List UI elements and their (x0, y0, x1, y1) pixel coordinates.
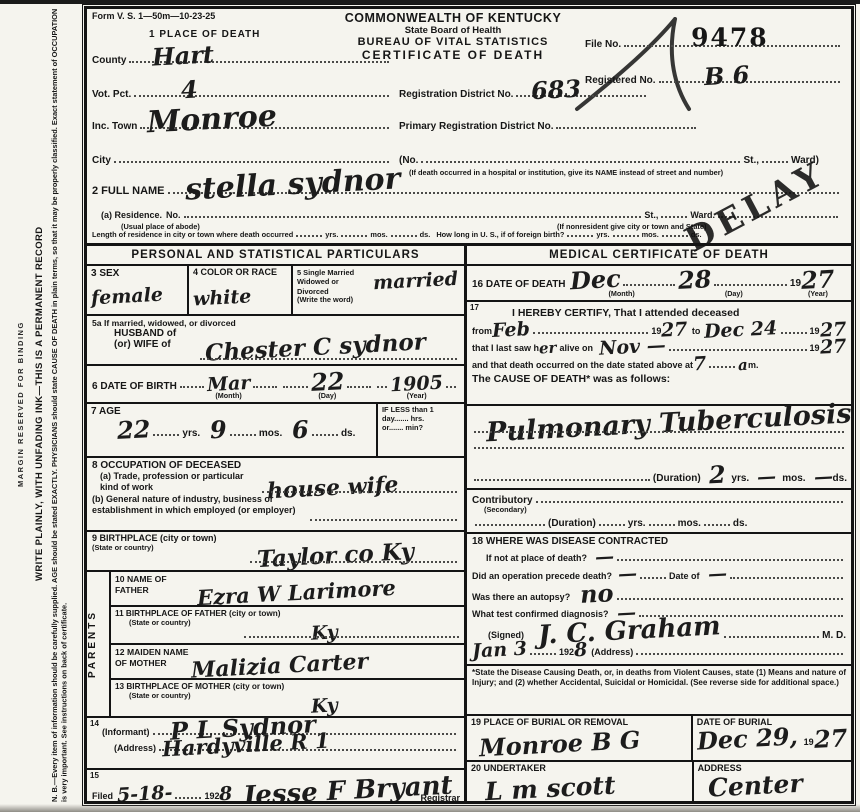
residence-label: (a) Residence. (101, 211, 162, 221)
dotted-leader (446, 386, 456, 388)
dotted-leader (175, 797, 201, 799)
last-saw-er: er (539, 342, 557, 354)
registered-no-value: B 6 (703, 66, 749, 86)
dotted-leader (134, 95, 389, 97)
dotted-leader (533, 332, 649, 334)
age-row: 7 AGE 22 yrs. 9 mos. 6 ds. (87, 404, 464, 458)
scan-edge-top (0, 0, 860, 4)
file-no-value: 9478 (691, 28, 769, 48)
occupation-title: 8 OCCUPATION OF DECEASED (92, 460, 459, 471)
registered-no-label: Registered No. (585, 75, 656, 86)
father-name-value: Ezra W Larimore (197, 580, 396, 606)
dotted-leader (556, 127, 696, 129)
dotted-leader (709, 366, 735, 368)
filed-date-value: 5-18- (117, 786, 173, 801)
sex-field: 3 SEX female (87, 266, 189, 314)
occupation-row: 8 OCCUPATION OF DECEASED (a) Trade, prof… (87, 458, 464, 532)
dotted-leader (341, 235, 367, 237)
dotted-leader (617, 559, 843, 561)
duration2-yrs-label: yrs. (628, 518, 646, 529)
date-of-death-field: 16 DATE OF DEATH Dec (Month) 28 (Day) 19 (467, 266, 851, 302)
yrs-label: yrs. (325, 231, 338, 240)
dob-year-value: 1905 (390, 375, 444, 392)
dotted-leader (623, 284, 674, 286)
secondary-label: (Secondary) (484, 506, 846, 515)
margin-write-plainly-text: WRITE PLAINLY, WITH UNFADING INK—THIS IS… (34, 6, 45, 802)
marital-hint: (Write the word) (297, 296, 460, 305)
marital-field: 5 Single Married Widowed or Divorced (Wr… (293, 266, 464, 314)
county-label: County (92, 55, 126, 66)
filed-year-value: 8 (219, 787, 233, 801)
marital-value: married (373, 272, 459, 291)
birthplace-value: Taylor co Ky (257, 543, 415, 568)
mos-label: mos. (370, 231, 387, 240)
margin-nb-note: N. B.—Every item of information should b… (50, 6, 82, 802)
dotted-leader (244, 636, 459, 638)
voting-precinct-field: Vot. Pct. 4 (92, 89, 392, 100)
spouse-field: 5a If married, widowed, or divorced HUSB… (87, 316, 464, 366)
duration-label: (Duration) (653, 473, 701, 484)
color-race-field: 4 COLOR OR RACE white (189, 266, 293, 314)
duration-yrs-label: yrs. (731, 473, 749, 484)
duration-ds-label: ds. (833, 473, 847, 484)
burial-date-value: Dec 29, (696, 727, 798, 750)
disease-contracted-block: 18 WHERE WAS DISEASE CONTRACTED If not a… (467, 534, 851, 666)
mos-label: mos. (642, 231, 659, 240)
footnote-block: *State the Disease Causing Death, or, in… (467, 666, 851, 716)
dotted-leader (262, 491, 457, 493)
full-name-field: 2 FULL NAME stella sydnor (92, 185, 842, 197)
section1-title: 1 PLACE OF DEATH (149, 29, 260, 40)
parents-label: PARENTS (87, 572, 109, 716)
dod-year-value: 27 (801, 270, 835, 290)
to-date-value: Dec 24 (704, 321, 778, 339)
color-race-label: 4 COLOR OR RACE (193, 268, 287, 278)
foreign-birth-label: How long in U. S., if of foreign birth? (436, 231, 564, 240)
dob-label: 6 DATE OF BIRTH (92, 381, 177, 392)
q2b-label: Date of (669, 572, 700, 582)
duration-years-value: 2 (708, 466, 726, 485)
dotted-leader (421, 161, 740, 163)
where-disease-title: 18 WHERE WAS DISEASE CONTRACTED (472, 536, 846, 547)
mother-maiden-label: 12 MAIDEN NAME OF MOTHER (115, 647, 199, 668)
dob-month-group: Mar (Month) (177, 377, 280, 400)
registration-district-value: 683 (531, 80, 582, 101)
form-number: Form V. S. 1—50m—10-23-25 (92, 12, 215, 22)
yrs-label: yrs. (596, 231, 609, 240)
city-street-field: (No. St., Ward) (399, 155, 819, 166)
less-than-day-box: IF LESS than 1 day....... hrs. or.......… (376, 404, 464, 456)
last-saw-date-value: Nov — (599, 338, 666, 356)
burial-place-label: 19 PLACE OF BURIAL OR REMOVAL (471, 718, 687, 728)
dod-day-caption: (Day) (725, 289, 743, 298)
father-name-label: 10 NAME OF FATHER (115, 574, 199, 595)
md-label: M. D. (822, 630, 846, 641)
duration-mos-label: mos. (782, 473, 805, 484)
q3-label: Was there an autopsy? (472, 593, 570, 603)
duration-days-value: — (813, 469, 833, 484)
certificate-columns: PERSONAL AND STATISTICAL PARTICULARS 3 S… (87, 243, 851, 801)
informant-row: 14 (Informant) P L Sydnor (Address) Hard… (87, 718, 464, 770)
bureau-subtitle: BUREAU OF VITAL STATISTICS (323, 36, 583, 48)
dotted-leader (347, 386, 371, 388)
county-value: Hart (152, 45, 215, 66)
dotted-leader (649, 524, 675, 526)
parents-side-label-cell: PARENTS (87, 572, 111, 716)
physician-signature: J. C. Graham (538, 617, 722, 646)
hospital-note: (If death occurred in a hospital or inst… (409, 169, 723, 178)
from-label: from (472, 327, 492, 337)
duration2-label: (Duration) (548, 518, 596, 529)
filed-year-printed: 192 (204, 792, 219, 801)
dotted-leader (636, 653, 843, 655)
inc-town-field: Inc. Town Monroe (92, 121, 392, 132)
duration-months-value: — (757, 469, 777, 484)
dotted-leader (114, 161, 389, 163)
parents-block: PARENTS 10 NAME OF FATHER Ezra W Larimor… (87, 572, 464, 718)
personal-title: PERSONAL AND STATISTICAL PARTICULARS (87, 246, 464, 266)
dod-label: 16 DATE OF DEATH (472, 279, 566, 290)
full-name-label: 2 FULL NAME (92, 185, 165, 197)
cause-of-death-label: The CAUSE OF DEATH* was as follows: (472, 374, 846, 386)
binding-margin: MARGIN RESERVED FOR BINDING WRITE PLAINL… (0, 6, 84, 802)
father-birthplace-state-caption: (State or country) (129, 619, 460, 628)
undertaker-value: L m scott (485, 773, 688, 801)
dotted-leader (310, 519, 457, 521)
signed-year-value: 8 (574, 643, 588, 658)
dotted-leader (474, 431, 844, 433)
registered-no-field: Registered No. B 6 (585, 75, 843, 86)
scanned-paper: MARGIN RESERVED FOR BINDING WRITE PLAINL… (0, 0, 860, 812)
age-days-value: 6 (292, 421, 310, 440)
dotted-leader (530, 653, 556, 655)
dotted-leader (704, 524, 730, 526)
last-saw-label: that I last saw h (472, 344, 539, 354)
file-no-label: File No. (585, 39, 621, 50)
personal-column: PERSONAL AND STATISTICAL PARTICULARS 3 S… (87, 246, 467, 801)
city-label: City (92, 155, 111, 166)
burial-place-value: Monroe B G (479, 728, 687, 757)
color-race-value: white (193, 287, 288, 306)
dotted-leader (153, 434, 179, 436)
informant-address-label: (Address) (114, 744, 156, 754)
q2-answer: — (618, 567, 638, 582)
burial-year-value: 27 (813, 729, 847, 749)
undertaker-address-field: ADDRESS Center (694, 762, 851, 801)
father-name-field: 10 NAME OF FATHER Ezra W Larimore (111, 572, 464, 607)
death-occurred-label: and that death occurred on the date stat… (472, 361, 693, 371)
less-than-line3: or....... min? (382, 424, 460, 433)
dob-month-value: Mar (207, 376, 251, 392)
certify-block: 17 I HEREBY CERTIFY, That I attended dec… (467, 302, 851, 406)
undertaker-field: 20 UNDERTAKER L m scott (467, 762, 694, 801)
saw-year-value: 27 (819, 339, 846, 355)
dotted-leader (283, 386, 307, 388)
dotted-leader (230, 434, 256, 436)
registrar-label: Registrar (420, 793, 460, 802)
date-of-birth-field: 6 DATE OF BIRTH Mar (Month) 22 (Day) (87, 366, 464, 404)
registration-district-label: Registration District No. (399, 89, 513, 100)
burial-place-field: 19 PLACE OF BURIAL OR REMOVAL Monroe B G (467, 716, 693, 760)
sex-value: female (91, 287, 184, 306)
mother-maiden-field: 12 MAIDEN NAME OF MOTHER Malizia Carter (111, 645, 464, 680)
sex-race-marital-row: 3 SEX female 4 COLOR OR RACE white 5 Sin… (87, 266, 464, 316)
dotted-leader (730, 577, 843, 579)
cause-of-death-value: Pulmonary Tuberculosis (486, 405, 847, 444)
commonwealth-title: COMMONWEALTH OF KENTUCKY (323, 11, 583, 25)
q3-answer: no (580, 584, 614, 604)
death-time-value: 7 (693, 357, 707, 372)
father-birthplace-field: 11 BIRTHPLACE OF FATHER (city or town) (… (111, 607, 464, 645)
dotted-leader (762, 161, 788, 163)
informant-label: (Informant) (102, 728, 150, 738)
from-month-value: Feb (492, 322, 531, 338)
margin-binding-text: MARGIN RESERVED FOR BINDING (16, 6, 25, 802)
dod-year-printed: 19 (790, 278, 801, 289)
sex-label: 3 SEX (91, 268, 183, 279)
burial-row: 19 PLACE OF BURIAL OR REMOVAL Monroe B G… (467, 716, 851, 762)
dotted-leader (377, 386, 387, 388)
inc-town-label: Inc. Town (92, 121, 137, 132)
q2b-answer: — (707, 567, 727, 582)
dotted-leader (599, 524, 625, 526)
dotted-leader (250, 561, 457, 563)
duration2-mos-label: mos. (678, 518, 701, 529)
dod-month-value: Dec (569, 270, 621, 291)
burial-date-field: DATE OF BURIAL Dec 29, 19 27 (693, 716, 851, 760)
dotted-leader (180, 386, 204, 388)
occupation-a-label: (a) Trade, profession or particular kind… (100, 471, 260, 494)
dotted-leader (567, 235, 593, 237)
dotted-leader (474, 447, 844, 449)
dotted-leader (184, 216, 642, 218)
filed-label: Filed (92, 792, 113, 801)
mother-birthplace-state-caption: (State or country) (129, 692, 460, 701)
city-no-label: (No. (399, 155, 418, 166)
age-mos-label: mos. (259, 428, 282, 439)
filed-row: 15 Filed 5-18- 192 8 Jesse F Bryant Regi… (87, 770, 464, 801)
dotted-leader (200, 358, 457, 360)
dod-day-value: 28 (677, 270, 711, 290)
item-15-number: 15 (90, 771, 99, 780)
m-label: m. (748, 361, 759, 371)
dob-day-group: 22 (Day) (280, 373, 374, 400)
informant-address-value: Hardyville R 1 (162, 733, 330, 757)
residence-st-label: St., (644, 211, 658, 221)
dotted-leader (640, 577, 666, 579)
dotted-leader (617, 598, 843, 600)
saw-year-printed: 19 (810, 344, 820, 354)
q1-answer: — (595, 550, 615, 565)
dod-day-group: 28 (Day) (678, 271, 790, 298)
dod-year-group: 19 27 (Year) (790, 271, 846, 298)
marital-label: 5 Single Married Widowed or Divorced (297, 268, 359, 296)
primary-registration-label: Primary Registration District No. (399, 121, 553, 132)
vot-pct-value: 4 (181, 81, 199, 100)
cause-of-death-block: Pulmonary Tuberculosis (Duration) 2 yrs.… (467, 406, 851, 490)
contributory-block: Contributory (Secondary) (Duration) yrs.… (467, 490, 851, 534)
item-14-number: 14 (90, 719, 99, 728)
occupation-a-value: house wife (267, 477, 399, 500)
dotted-leader (391, 235, 417, 237)
residence-no-label: No. (166, 211, 181, 221)
dotted-leader (613, 235, 639, 237)
dotted-leader (253, 386, 277, 388)
state-board-subtitle: State Board of Health (323, 25, 583, 36)
length-label: Length of residence in city or town wher… (92, 231, 293, 240)
death-certificate-form: Form V. S. 1—50m—10-23-25 1 PLACE OF DEA… (84, 6, 854, 804)
full-name-value: stella sydnor (184, 168, 400, 202)
signed-address-label: (Address) (591, 648, 633, 658)
dod-month-group: Dec (Month) (566, 271, 678, 298)
county-field: County Hart (92, 55, 392, 66)
dotted-leader (714, 284, 787, 286)
signed-date-value: Jan 3 (472, 642, 528, 659)
inc-town-value: Monroe (147, 105, 278, 134)
dotted-leader (661, 216, 687, 218)
city-st-label: St., (743, 155, 759, 166)
file-no-field: File No. 9478 (585, 39, 843, 50)
dob-year-group: 1905 (Year) (374, 377, 459, 400)
age-field: 7 AGE 22 yrs. 9 mos. 6 ds. (87, 404, 376, 456)
to-label: to (692, 327, 701, 337)
dotted-leader (474, 479, 650, 481)
mother-maiden-value: Malizia Carter (191, 653, 369, 679)
vot-pct-label: Vot. Pct. (92, 89, 131, 100)
q1-label: If not at place of death? (486, 554, 587, 564)
age-ds-label: ds. (341, 428, 355, 439)
primary-registration-field: Primary Registration District No. (399, 121, 699, 132)
undertaker-address-value: Center (707, 772, 847, 798)
undertaker-row: 20 UNDERTAKER L m scott ADDRESS Center (467, 762, 851, 801)
dotted-leader (669, 349, 807, 351)
dotted-leader (536, 501, 843, 503)
birthplace-row: 9 BIRTHPLACE (city or town) (State or co… (87, 532, 464, 572)
medical-column: MEDICAL CERTIFICATE OF DEATH 16 DATE OF … (467, 246, 851, 801)
medical-title: MEDICAL CERTIFICATE OF DEATH (467, 246, 851, 266)
alive-on-label: alive on (559, 344, 593, 354)
dotted-leader (724, 636, 819, 638)
duration2-ds-label: ds. (733, 518, 747, 529)
age-yrs-label: yrs. (182, 428, 200, 439)
married-widowed-label: 5a If married, widowed, or divorced (92, 318, 459, 328)
death-ampm-value: a (738, 360, 748, 372)
dotted-leader (312, 434, 338, 436)
father-birthplace-value: Ky (311, 625, 338, 641)
dob-day-value: 22 (310, 372, 344, 392)
ds-label: ds. (420, 231, 431, 240)
age-months-value: 9 (210, 421, 228, 440)
burial-year-printed: 19 (804, 738, 814, 748)
age-years-value: 22 (117, 420, 151, 440)
item-17-number: 17 (470, 303, 479, 312)
scan-edge-bottom (0, 804, 860, 812)
dotted-leader (296, 235, 322, 237)
to-year-printed: 19 (810, 327, 820, 337)
cause-footnote: *State the Disease Causing Death, or, in… (472, 668, 846, 688)
dotted-leader (781, 332, 807, 334)
registration-district-field: Registration District No. 683 (399, 89, 649, 100)
dotted-leader (475, 524, 545, 526)
